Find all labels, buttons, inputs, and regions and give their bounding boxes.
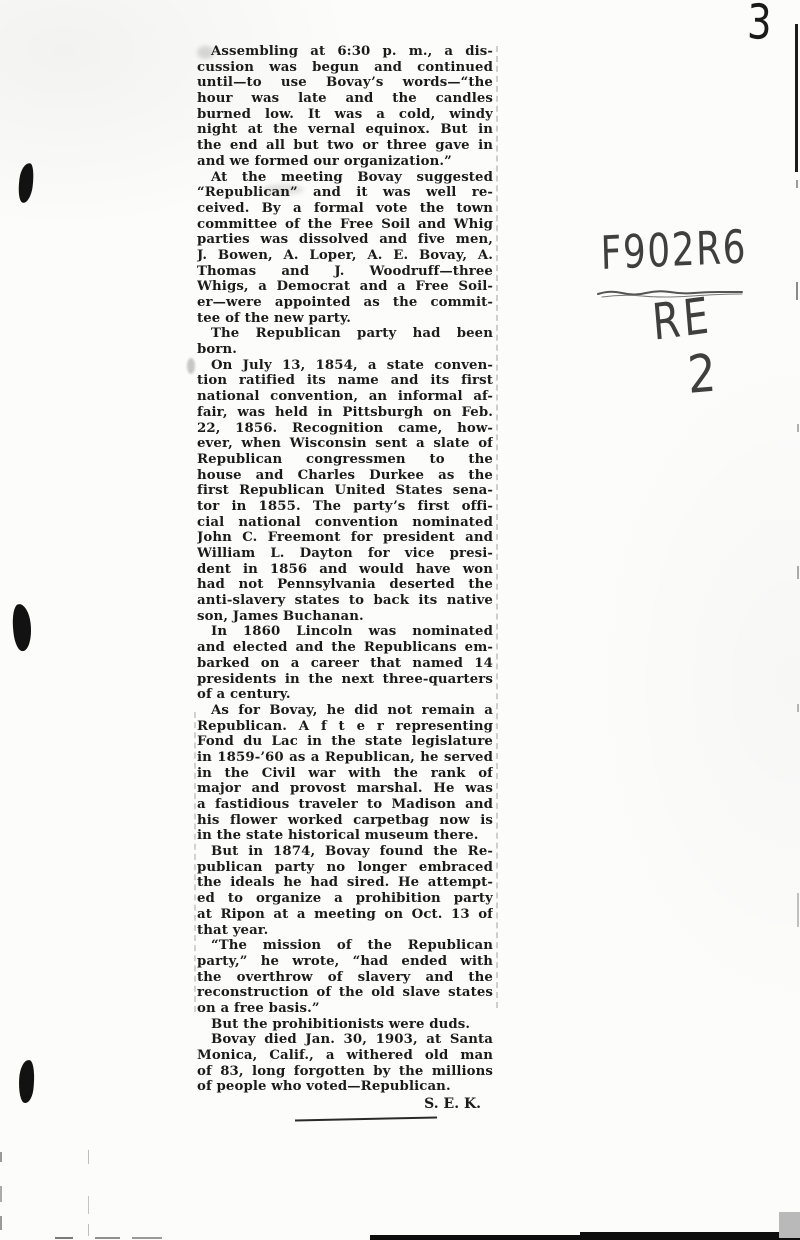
article-line: son, James Buchanan. [197, 609, 493, 625]
scan-edge-dash [797, 566, 799, 579]
article-line: Republican. A f t e r representing [197, 719, 493, 735]
article-line: Monica, Calif., a withered old man [197, 1048, 493, 1064]
article-line: the ideals he had sired. He attempt- [197, 875, 493, 891]
article-line: tion ratified its name and its first [197, 373, 493, 389]
article-line: reconstruction of the old slave states [197, 985, 493, 1001]
article-line: fair, was held in Pittsburgh on Feb. [197, 405, 493, 421]
article-line: Fond du Lac in the state legislature [197, 734, 493, 750]
article-end-rule [295, 1117, 437, 1122]
clipping-edge-left [194, 712, 196, 1012]
scan-bottom-band [580, 1232, 800, 1240]
article-line: “Republican” and it was well re- [197, 185, 493, 201]
article-line: ed to organize a prohibition party [197, 891, 493, 907]
scan-left-edge-mark [0, 1186, 2, 1202]
article-line: that year. [197, 923, 493, 939]
article-line: At the meeting Bovay suggested [197, 170, 493, 186]
scan-bottom-corner [779, 1212, 800, 1238]
scanned-page: 3 F902R6 RE 2 Assembling at 6:30 p. m., … [0, 0, 800, 1240]
article-line: John C. Freemont for president and [197, 530, 493, 546]
article-line: cial national convention nominated [197, 515, 493, 531]
article-line: his flower worked carpetbag now is [197, 813, 493, 829]
article-line: of a century. [197, 687, 493, 703]
article-line: Thomas and J. Woodruff—three [197, 264, 493, 280]
article-line: publican party no longer embraced [197, 860, 493, 876]
article-line: the end all but two or three gave in [197, 138, 493, 154]
article-line: Whigs, a Democrat and a Free Soil- [197, 279, 493, 295]
article-line: er—were appointed as the commit- [197, 295, 493, 311]
article-line: in the state historical museum there. [197, 828, 493, 844]
article-column: Assembling at 6:30 p. m., a dis-cussion … [197, 44, 493, 1095]
ink-smudge [262, 184, 304, 195]
article-line: of people who voted—Republican. [197, 1079, 493, 1095]
scan-crease-mark [88, 1150, 89, 1164]
scan-bottom-dash [55, 1237, 73, 1239]
article-line: house and Charles Durkee as the [197, 468, 493, 484]
scan-edge-line [795, 24, 798, 172]
article-line: The Republican party had been [197, 326, 493, 342]
article-line: national convention, an informal af- [197, 389, 493, 405]
article-line: cussion was begun and continued [197, 60, 493, 76]
article-line: night at the vernal equinox. But in [197, 122, 493, 138]
ink-blot [17, 162, 36, 203]
article-line: parties was dissolved and five men, [197, 232, 493, 248]
article-line: presidents in the next three-quarters [197, 672, 493, 688]
article-line: born. [197, 342, 493, 358]
article-line: William L. Dayton for vice presi- [197, 546, 493, 562]
scan-bottom-dash [95, 1237, 120, 1239]
article-line: Assembling at 6:30 p. m., a dis- [197, 44, 493, 60]
article-line: and we formed our organization.” [197, 154, 493, 170]
scan-crease-mark [88, 1196, 89, 1214]
article-line: ceived. By a formal vote the town [197, 201, 493, 217]
ink-smudge [187, 358, 195, 374]
article-line: As for Bovay, he did not remain a [197, 703, 493, 719]
article-line: of 83, long forgotten by the millions [197, 1064, 493, 1080]
scan-edge-dash [797, 424, 799, 432]
scan-bottom-dash [132, 1237, 162, 1239]
handwritten-page-number: 3 [746, 0, 772, 51]
article-line: But in 1874, Bovay found the Re- [197, 844, 493, 860]
clipping-edge-right [496, 46, 498, 1008]
scan-left-edge-mark [0, 1216, 2, 1230]
handwritten-number: 2 [686, 344, 718, 406]
article-line: tee of the new party. [197, 311, 493, 327]
article-line: anti-slavery states to back its native [197, 593, 493, 609]
ink-smudge [197, 46, 214, 59]
handwritten-call-number: F902R6 [600, 219, 748, 280]
article-line: committee of the Free Soil and Whig [197, 217, 493, 233]
article-line: burned low. It was a cold, windy [197, 107, 493, 123]
article-line: In 1860 Lincoln was nominated [197, 624, 493, 640]
article-line: ever, when Wisconsin sent a slate of [197, 436, 493, 452]
article-line: dent in 1856 and would have won [197, 562, 493, 578]
ink-blot [11, 603, 34, 652]
article-line: at Ripon at a meeting on Oct. 13 of [197, 907, 493, 923]
article-line: party,” he wrote, “had ended with [197, 954, 493, 970]
article-line: and elected and the Republicans em- [197, 640, 493, 656]
article-line: 22, 1856. Recognition came, how- [197, 421, 493, 437]
scan-edge-dash [797, 704, 799, 712]
article-line: Bovay died Jan. 30, 1903, at Santa [197, 1032, 493, 1048]
handwritten-note: RE [650, 286, 714, 351]
scan-edge-dash [797, 893, 799, 927]
article-line: tor in 1855. The party’s first offi- [197, 499, 493, 515]
article-line: But the prohibitionists were duds. [197, 1017, 493, 1033]
article-line: a fastidious traveler to Madison and [197, 797, 493, 813]
article-line: “The mission of the Republican [197, 938, 493, 954]
article-line: on a free basis.” [197, 1001, 493, 1017]
article-line: had not Pennsylvania deserted the [197, 577, 493, 593]
scan-crease-mark [88, 1224, 89, 1236]
article-line: first Republican United States sena- [197, 483, 493, 499]
article-line: in 1859-’60 as a Republican, he served [197, 750, 493, 766]
article-line: the overthrow of slavery and the [197, 970, 493, 986]
article-line: On July 13, 1854, a state conven- [197, 358, 493, 374]
article-line: Republican congressmen to the [197, 452, 493, 468]
scan-edge-dash [796, 180, 798, 188]
ink-blot [18, 1060, 36, 1104]
article-line: hour was late and the candles [197, 91, 493, 107]
article-line: barked on a career that named 14 [197, 656, 493, 672]
article-byline: S. E. K. [197, 1096, 493, 1112]
scan-edge-dash [796, 282, 798, 300]
scan-left-edge-mark [0, 1152, 2, 1162]
article-line: in the Civil war with the rank of [197, 766, 493, 782]
article-line: major and provost marshal. He was [197, 781, 493, 797]
article-line: until—to use Bovay’s words—“the [197, 75, 493, 91]
article-line: J. Bowen, A. Loper, A. E. Bovay, A. [197, 248, 493, 264]
